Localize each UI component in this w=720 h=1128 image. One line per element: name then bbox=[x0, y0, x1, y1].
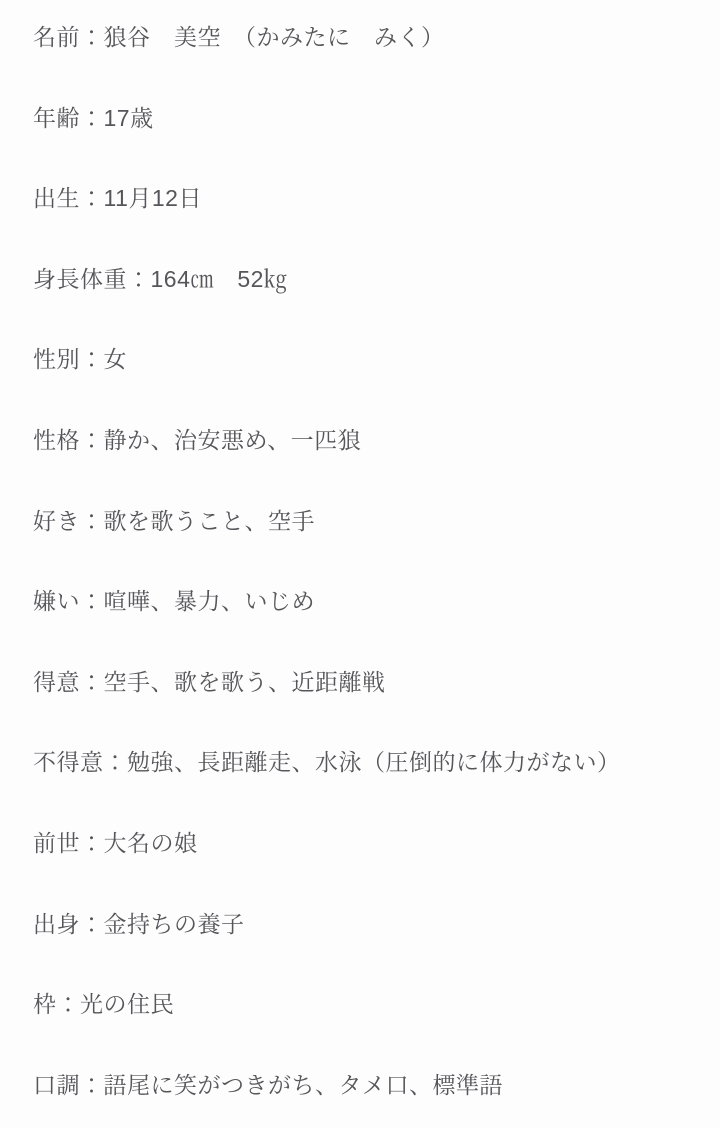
field-height-weight-label: 身長体重 bbox=[33, 266, 127, 292]
field-category-value: 光の住民 bbox=[80, 991, 174, 1017]
field-gender-label: 性別 bbox=[33, 346, 80, 372]
field-likes-value: 歌を歌うこと、空手 bbox=[104, 508, 316, 534]
field-separator: ： bbox=[80, 105, 104, 131]
field-past-life: 前世：大名の娘 bbox=[33, 803, 700, 884]
field-speech-style-value: 語尾に笑がつきがち、タメ口、標準語 bbox=[104, 1072, 504, 1098]
field-personality-label: 性格 bbox=[33, 427, 80, 453]
field-separator: ： bbox=[80, 24, 104, 50]
field-strengths-label: 得意 bbox=[33, 669, 80, 695]
field-category: 枠：光の住民 bbox=[33, 964, 700, 1045]
field-birth-date-label: 出生 bbox=[33, 185, 80, 211]
field-height-weight: 身長体重：164㎝ 52㎏ bbox=[33, 239, 700, 320]
field-category-label: 枠 bbox=[33, 991, 57, 1017]
field-speech-style-label: 口調 bbox=[33, 1072, 80, 1098]
field-height-weight-value: 164㎝ 52㎏ bbox=[151, 266, 288, 292]
field-dislikes-value: 喧嘩、暴力、いじめ bbox=[104, 588, 316, 614]
field-personality: 性格：静か、治安悪め、一匹狼 bbox=[33, 400, 700, 481]
field-weaknesses: 不得意：勉強、長距離走、水泳（圧倒的に体力がない） bbox=[33, 722, 700, 803]
field-separator: ： bbox=[80, 1072, 104, 1098]
character-profile-sheet: 名前：狼谷 美空 （かみたに みく） 年齢：17歳 出生：11月12日 身長体重… bbox=[0, 0, 720, 1125]
field-gender-value: 女 bbox=[104, 346, 128, 372]
field-separator: ： bbox=[80, 427, 104, 453]
field-past-life-label: 前世 bbox=[33, 830, 80, 856]
field-speech-style: 口調：語尾に笑がつきがち、タメ口、標準語 bbox=[33, 1045, 700, 1126]
field-origin-value: 金持ちの養子 bbox=[104, 911, 245, 937]
field-separator: ： bbox=[80, 830, 104, 856]
field-separator: ： bbox=[104, 749, 128, 775]
field-weaknesses-label: 不得意 bbox=[33, 749, 104, 775]
field-birth-date: 出生：11月12日 bbox=[33, 158, 700, 239]
field-separator: ： bbox=[80, 185, 104, 211]
field-likes: 好き：歌を歌うこと、空手 bbox=[33, 481, 700, 562]
field-age-label: 年齢 bbox=[33, 105, 80, 131]
field-separator: ： bbox=[80, 911, 104, 937]
field-age-value: 17歳 bbox=[104, 105, 154, 131]
field-dislikes: 嫌い：喧嘩、暴力、いじめ bbox=[33, 561, 700, 642]
field-name: 名前：狼谷 美空 （かみたに みく） bbox=[33, 0, 700, 78]
field-likes-label: 好き bbox=[33, 508, 80, 534]
field-gender: 性別：女 bbox=[33, 319, 700, 400]
field-origin-label: 出身 bbox=[33, 911, 80, 937]
field-name-label: 名前 bbox=[33, 24, 80, 50]
field-birth-date-value: 11月12日 bbox=[104, 185, 202, 211]
field-personality-value: 静か、治安悪め、一匹狼 bbox=[104, 427, 362, 453]
field-origin: 出身：金持ちの養子 bbox=[33, 884, 700, 965]
field-separator: ： bbox=[80, 508, 104, 534]
field-strengths: 得意：空手、歌を歌う、近距離戦 bbox=[33, 642, 700, 723]
field-name-value: 狼谷 美空 （かみたに みく） bbox=[104, 24, 445, 50]
field-separator: ： bbox=[57, 991, 81, 1017]
field-strengths-value: 空手、歌を歌う、近距離戦 bbox=[104, 669, 386, 695]
field-age: 年齢：17歳 bbox=[33, 78, 700, 159]
field-weaknesses-value: 勉強、長距離走、水泳（圧倒的に体力がない） bbox=[127, 749, 621, 775]
field-separator: ： bbox=[80, 346, 104, 372]
field-past-life-value: 大名の娘 bbox=[104, 830, 198, 856]
field-separator: ： bbox=[80, 588, 104, 614]
field-dislikes-label: 嫌い bbox=[33, 588, 80, 614]
field-separator: ： bbox=[80, 669, 104, 695]
field-separator: ： bbox=[127, 266, 151, 292]
